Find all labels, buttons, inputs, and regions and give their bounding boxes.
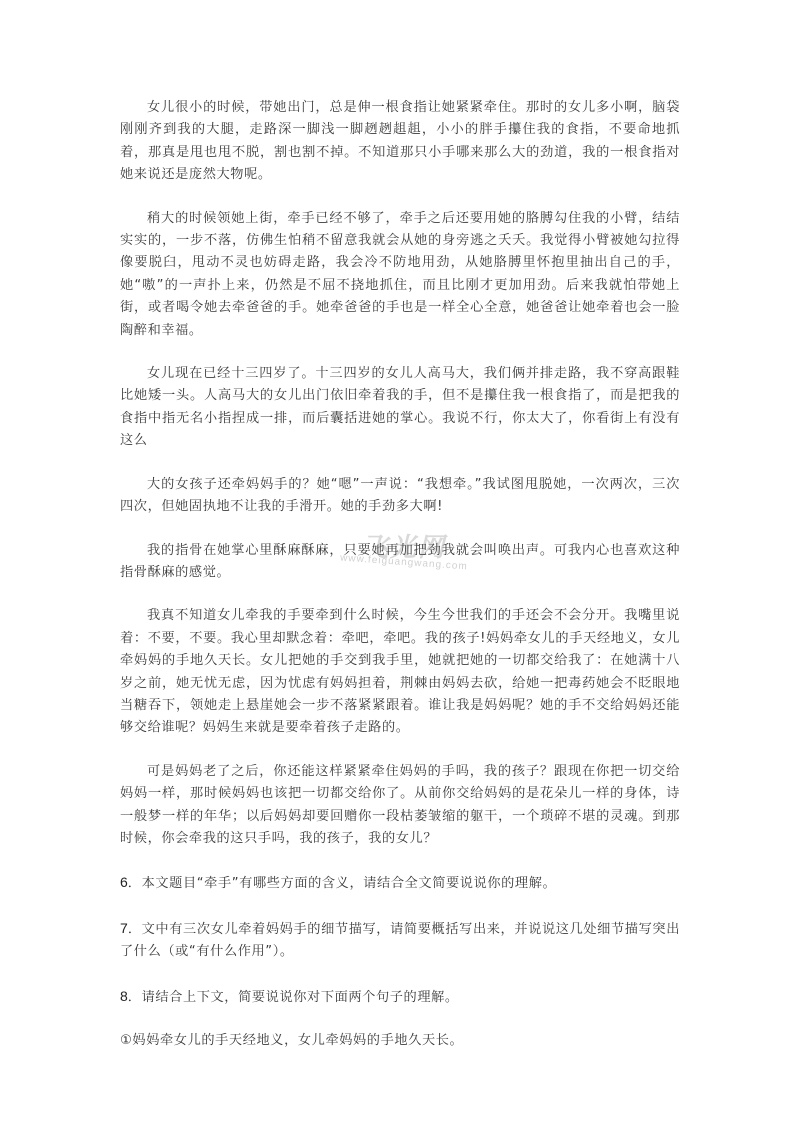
- question-number: 6: [120, 874, 128, 890]
- question-text: ．请结合上下文，简要说说你对下面两个句子的理解。: [128, 990, 459, 1005]
- paragraph-5: 我的指骨在她掌心里酥麻酥麻，只要她再加把劲我就会叫唤出声。可我内心也喜欢这种指骨…: [120, 540, 680, 585]
- document-page: 女儿很小的时候，带她出门，总是伸一根食指让她紧紧牵住。那时的女儿多小啊，脑袋刚刚…: [120, 97, 680, 1073]
- question-number: 7: [120, 920, 128, 936]
- paragraph-4: 大的女孩子还牵妈妈手的？她“嗯”一声说：“我想牵。”我试图甩脱她，一次两次，三次…: [120, 474, 680, 519]
- paragraph-3: 女儿现在已经十三四岁了。十三四岁的女儿人高马大，我们俩并排走路，我不穿高跟鞋比她…: [120, 363, 680, 453]
- question-text: ．文中有三次女儿牵着妈妈手的细节描写，请简要概括写出来，并说说这几处细节描写突出…: [120, 922, 680, 959]
- question-6: 6．本文题目“牵手”有哪些方面的含义，请结合全文简要说说你的理解。: [120, 871, 680, 895]
- paragraph-6: 我真不知道女儿牵我的手要牵到什么时候，今生今世我们的手还会不会分开。我嘴里说着：…: [120, 605, 680, 739]
- question-number: 8: [120, 988, 128, 1004]
- sub-item-1: ①妈妈牵女儿的手天经地义，女儿牵妈妈的手地久天长。: [120, 1030, 680, 1052]
- question-7: 7．文中有三次女儿牵着妈妈手的细节描写，请简要概括写出来，并说说这几处细节描写突…: [120, 917, 680, 964]
- question-text: ．本文题目“牵手”有哪些方面的含义，请结合全文简要说说你的理解。: [128, 876, 557, 891]
- paragraph-7: 可是妈妈老了之后，你还能这样紧紧牵住妈妈的手吗，我的孩子？跟现在你把一切交给妈妈…: [120, 761, 680, 851]
- paragraph-1: 女儿很小的时候，带她出门，总是伸一根食指让她紧紧牵住。那时的女儿多小啊，脑袋刚刚…: [120, 97, 680, 187]
- paragraph-2: 稍大的时候领她上街，牵手已经不够了，牵手之后还要用她的胳膊勾住我的小臂，结结实实…: [120, 208, 680, 342]
- question-8: 8．请结合上下文，简要说说你对下面两个句子的理解。: [120, 985, 680, 1009]
